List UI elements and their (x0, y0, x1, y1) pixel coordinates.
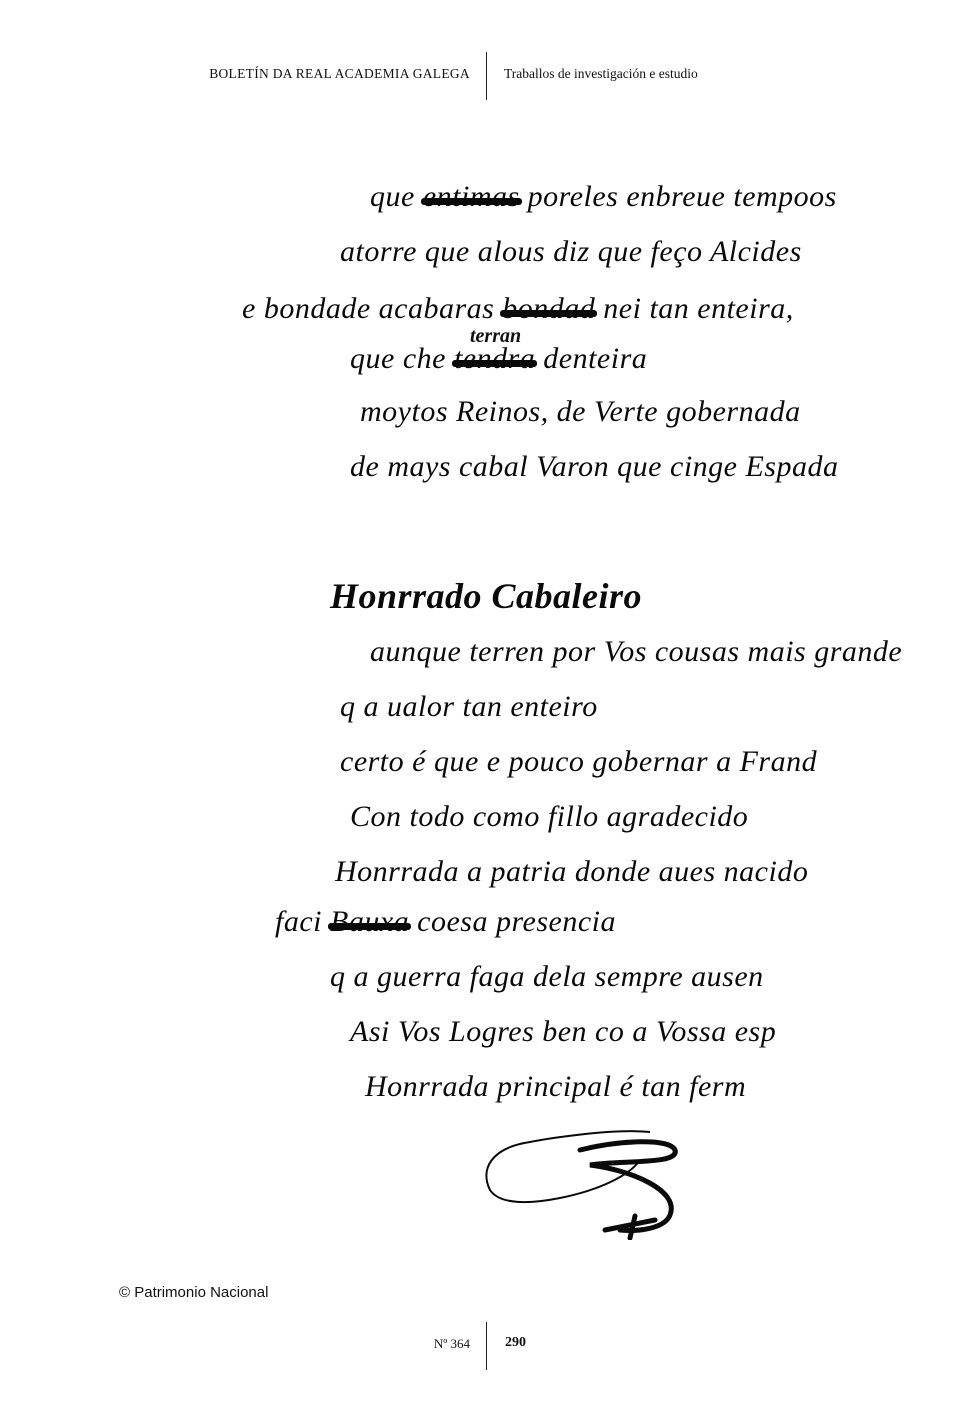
line-text: Con todo como fillo agradecido (350, 800, 748, 833)
manuscript-line: de mays cabal Varon que cinge Espada (350, 450, 838, 484)
page-number: 290 (505, 1335, 526, 1351)
line-text: certo é que e pouco gobernar a Frand (340, 745, 817, 778)
line-text: nei tan enteira, (595, 292, 793, 325)
manuscript-line: Asi Vos Logres ben co a Vossa esp (350, 1015, 776, 1049)
issue-number: Nº 364 (434, 1336, 470, 1352)
manuscript-line-heading: Honrrado Cabaleiro (330, 575, 642, 617)
line-text: q a ualor tan enteiro (340, 690, 598, 723)
header-divider (486, 52, 487, 100)
line-text: Honrrada a patria donde aues nacido (335, 855, 808, 888)
struck-word: tendra (454, 342, 535, 376)
line-text: poreles enbreue tempoos (520, 180, 837, 213)
image-credit: © Patrimonio Nacional (119, 1284, 268, 1301)
line-text: Asi Vos Logres ben co a Vossa esp (350, 1015, 776, 1048)
line-text: de mays cabal Varon que cinge Espada (350, 450, 838, 483)
manuscript-line: Con todo como fillo agradecido (350, 800, 748, 834)
manuscript-line: certo é que e pouco gobernar a Frand (340, 745, 817, 779)
manuscript-line: Honrrada a patria donde aues nacido (335, 855, 808, 889)
line-text: denteira (535, 342, 647, 375)
line-text: Honrrada principal é tan ferm (365, 1070, 746, 1103)
manuscript-line: que entimas poreles enbreue tempoos (370, 180, 837, 214)
manuscript-line: que che tendra denteira (350, 342, 647, 376)
running-header: BOLETÍN DA REAL ACADEMIA GALEGA Traballo… (0, 50, 975, 100)
line-text: aunque terren por Vos cousas mais grande (370, 635, 902, 668)
manuscript-line: atorre que alous diz que feço Alcides (340, 235, 802, 269)
struck-word: bondad (502, 292, 595, 326)
struck-word: entimas (423, 180, 520, 214)
journal-title: BOLETÍN DA REAL ACADEMIA GALEGA (209, 66, 470, 82)
manuscript-line: faci Bauxa coesa presencia (275, 905, 616, 939)
running-footer: Nº 364 290 (0, 1322, 975, 1370)
line-text: faci (275, 905, 330, 938)
rubric-flourish-icon (470, 1120, 700, 1240)
line-text: q a guerra faga dela sempre ausen (330, 960, 764, 993)
line-text: moytos Reinos, de Verte gobernada (360, 395, 801, 428)
manuscript-line: moytos Reinos, de Verte gobernada (360, 395, 801, 429)
manuscript-line: q a ualor tan enteiro (340, 690, 598, 724)
line-text: Honrrado Cabaleiro (330, 576, 642, 616)
line-text: que (370, 180, 423, 213)
footer-divider (486, 1322, 487, 1370)
line-text: atorre que alous diz que feço Alcides (340, 235, 802, 268)
section-title: Traballos de investigación e estudio (504, 66, 698, 82)
line-text: e bondade acabaras (242, 292, 502, 325)
line-text: que che (350, 342, 454, 375)
manuscript-line: aunque terren por Vos cousas mais grande (370, 635, 902, 669)
manuscript-facsimile: que entimas poreles enbreue tempoos ator… (230, 160, 870, 1240)
manuscript-line: Honrrada principal é tan ferm (365, 1070, 746, 1104)
line-text: coesa presencia (409, 905, 616, 938)
manuscript-line: q a guerra faga dela sempre ausen (330, 960, 764, 994)
manuscript-line: e bondade acabaras bondad nei tan enteir… (242, 292, 794, 326)
struck-word: Bauxa (330, 905, 409, 939)
